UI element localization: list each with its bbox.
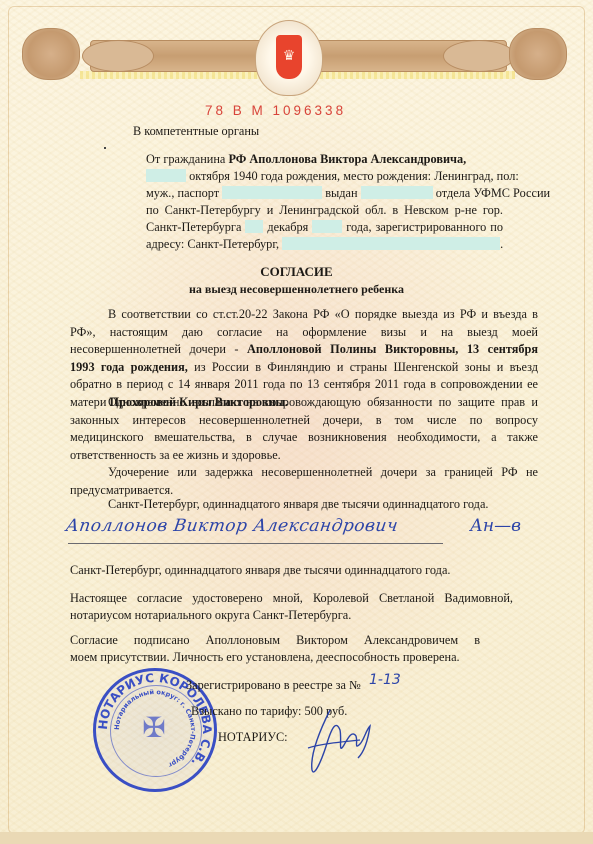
ornament-lens-left bbox=[82, 40, 154, 72]
applicant-line: адресу: Санкт-Петербург, . bbox=[146, 236, 503, 253]
coat-of-arms-icon: ♛ bbox=[276, 35, 302, 79]
paragraph-line: Удочерение или задержка несовершеннолетн… bbox=[70, 464, 538, 482]
applicant-line: по Санкт-Петербургу и Ленинградской обл.… bbox=[146, 202, 503, 219]
paragraph-line: моем присутствии. Личность его установле… bbox=[70, 649, 480, 666]
applicant-line: Санкт-Петербурга декабря года, зарегистр… bbox=[146, 219, 503, 236]
paragraph-line: Настоящее согласие удостоверено мной, Ко… bbox=[70, 590, 513, 607]
paragraph-line: Одновременно возлагаю на сопровождающую … bbox=[70, 394, 538, 412]
applicant-line: От гражданина РФ Аполлонова Виктора Алек… bbox=[146, 151, 503, 168]
paragraph-line: 1993 года рождения, из России в Финлянди… bbox=[70, 359, 538, 377]
redacted-field bbox=[361, 186, 433, 199]
ornamental-header-band: ♛ bbox=[20, 18, 575, 94]
responsibility-paragraph: Одновременно возлагаю на сопровождающую … bbox=[70, 394, 538, 464]
signed-statement: Согласие подписано Аполлоновым Виктором … bbox=[70, 632, 480, 666]
place-date-1: Санкт-Петербург, одиннадцатого января дв… bbox=[108, 496, 488, 512]
paragraph-line: нотариусом нотариального округа Санкт-Пе… bbox=[70, 607, 513, 624]
redacted-field bbox=[282, 237, 500, 250]
redacted-field bbox=[146, 169, 186, 182]
document-subtitle: на выезд несовершеннолетнего ребенка bbox=[0, 282, 593, 297]
notary-signature bbox=[300, 700, 380, 780]
blank-serial-number: 78 В М 1096338 bbox=[205, 103, 346, 118]
applicant-line: муж., паспорт выдан отдела УФМС России bbox=[146, 185, 503, 202]
document-title: СОГЛАСИЕ bbox=[0, 264, 593, 280]
notary-certification: Настоящее согласие удостоверено мной, Ко… bbox=[70, 590, 513, 624]
applicant-line: октября 1940 года рождения, место рожден… bbox=[146, 168, 503, 185]
page-bottom-edge bbox=[0, 832, 593, 844]
handwritten-full-name: Аполлонов Виктор Александрович bbox=[65, 516, 400, 536]
handwritten-signature: Ан—в bbox=[470, 516, 521, 536]
rosette-left-icon bbox=[22, 28, 80, 80]
registry-label: Зарегистрировано в реестре за № bbox=[186, 677, 361, 693]
applicant-details: От гражданина РФ Аполлонова Виктора Алек… bbox=[146, 151, 503, 253]
registry-number: 1-13 bbox=[369, 672, 401, 688]
paragraph-line: несовершеннолетней дочери - Аполлоновой … bbox=[70, 341, 538, 359]
notary-label: НОТАРИУС: bbox=[218, 729, 288, 745]
rosette-right-icon bbox=[509, 28, 567, 80]
paragraph-line: обратно в период с 14 января 2011 года п… bbox=[70, 376, 538, 394]
paragraph-line: В соответствии со ст.ст.20-22 Закона РФ … bbox=[70, 306, 538, 324]
paragraph-line: законных интересов несовершеннолетней до… bbox=[70, 412, 538, 430]
paragraph-line: РФ», настоящим даю согласие на оформлени… bbox=[70, 324, 538, 342]
paragraph-line: медицинского вмешательства, в случае воз… bbox=[70, 429, 538, 447]
addressee: В компетентные органы bbox=[133, 123, 259, 139]
ink-dot bbox=[104, 147, 106, 149]
paragraph-line: ответственность за ее жизнь и здоровье. bbox=[70, 447, 538, 465]
adoption-paragraph: Удочерение или задержка несовершеннолетн… bbox=[70, 464, 538, 499]
ornament-lens-right bbox=[443, 40, 515, 72]
double-headed-eagle-icon: ✠ bbox=[134, 709, 174, 749]
redacted-field bbox=[222, 186, 322, 199]
redacted-field bbox=[245, 220, 263, 233]
paragraph-line: Согласие подписано Аполлоновым Виктором … bbox=[70, 632, 480, 649]
place-date-2: Санкт-Петербург, одиннадцатого января дв… bbox=[70, 562, 450, 578]
signature-line bbox=[68, 543, 443, 544]
redacted-field bbox=[312, 220, 342, 233]
coat-of-arms-medallion: ♛ bbox=[255, 20, 323, 96]
